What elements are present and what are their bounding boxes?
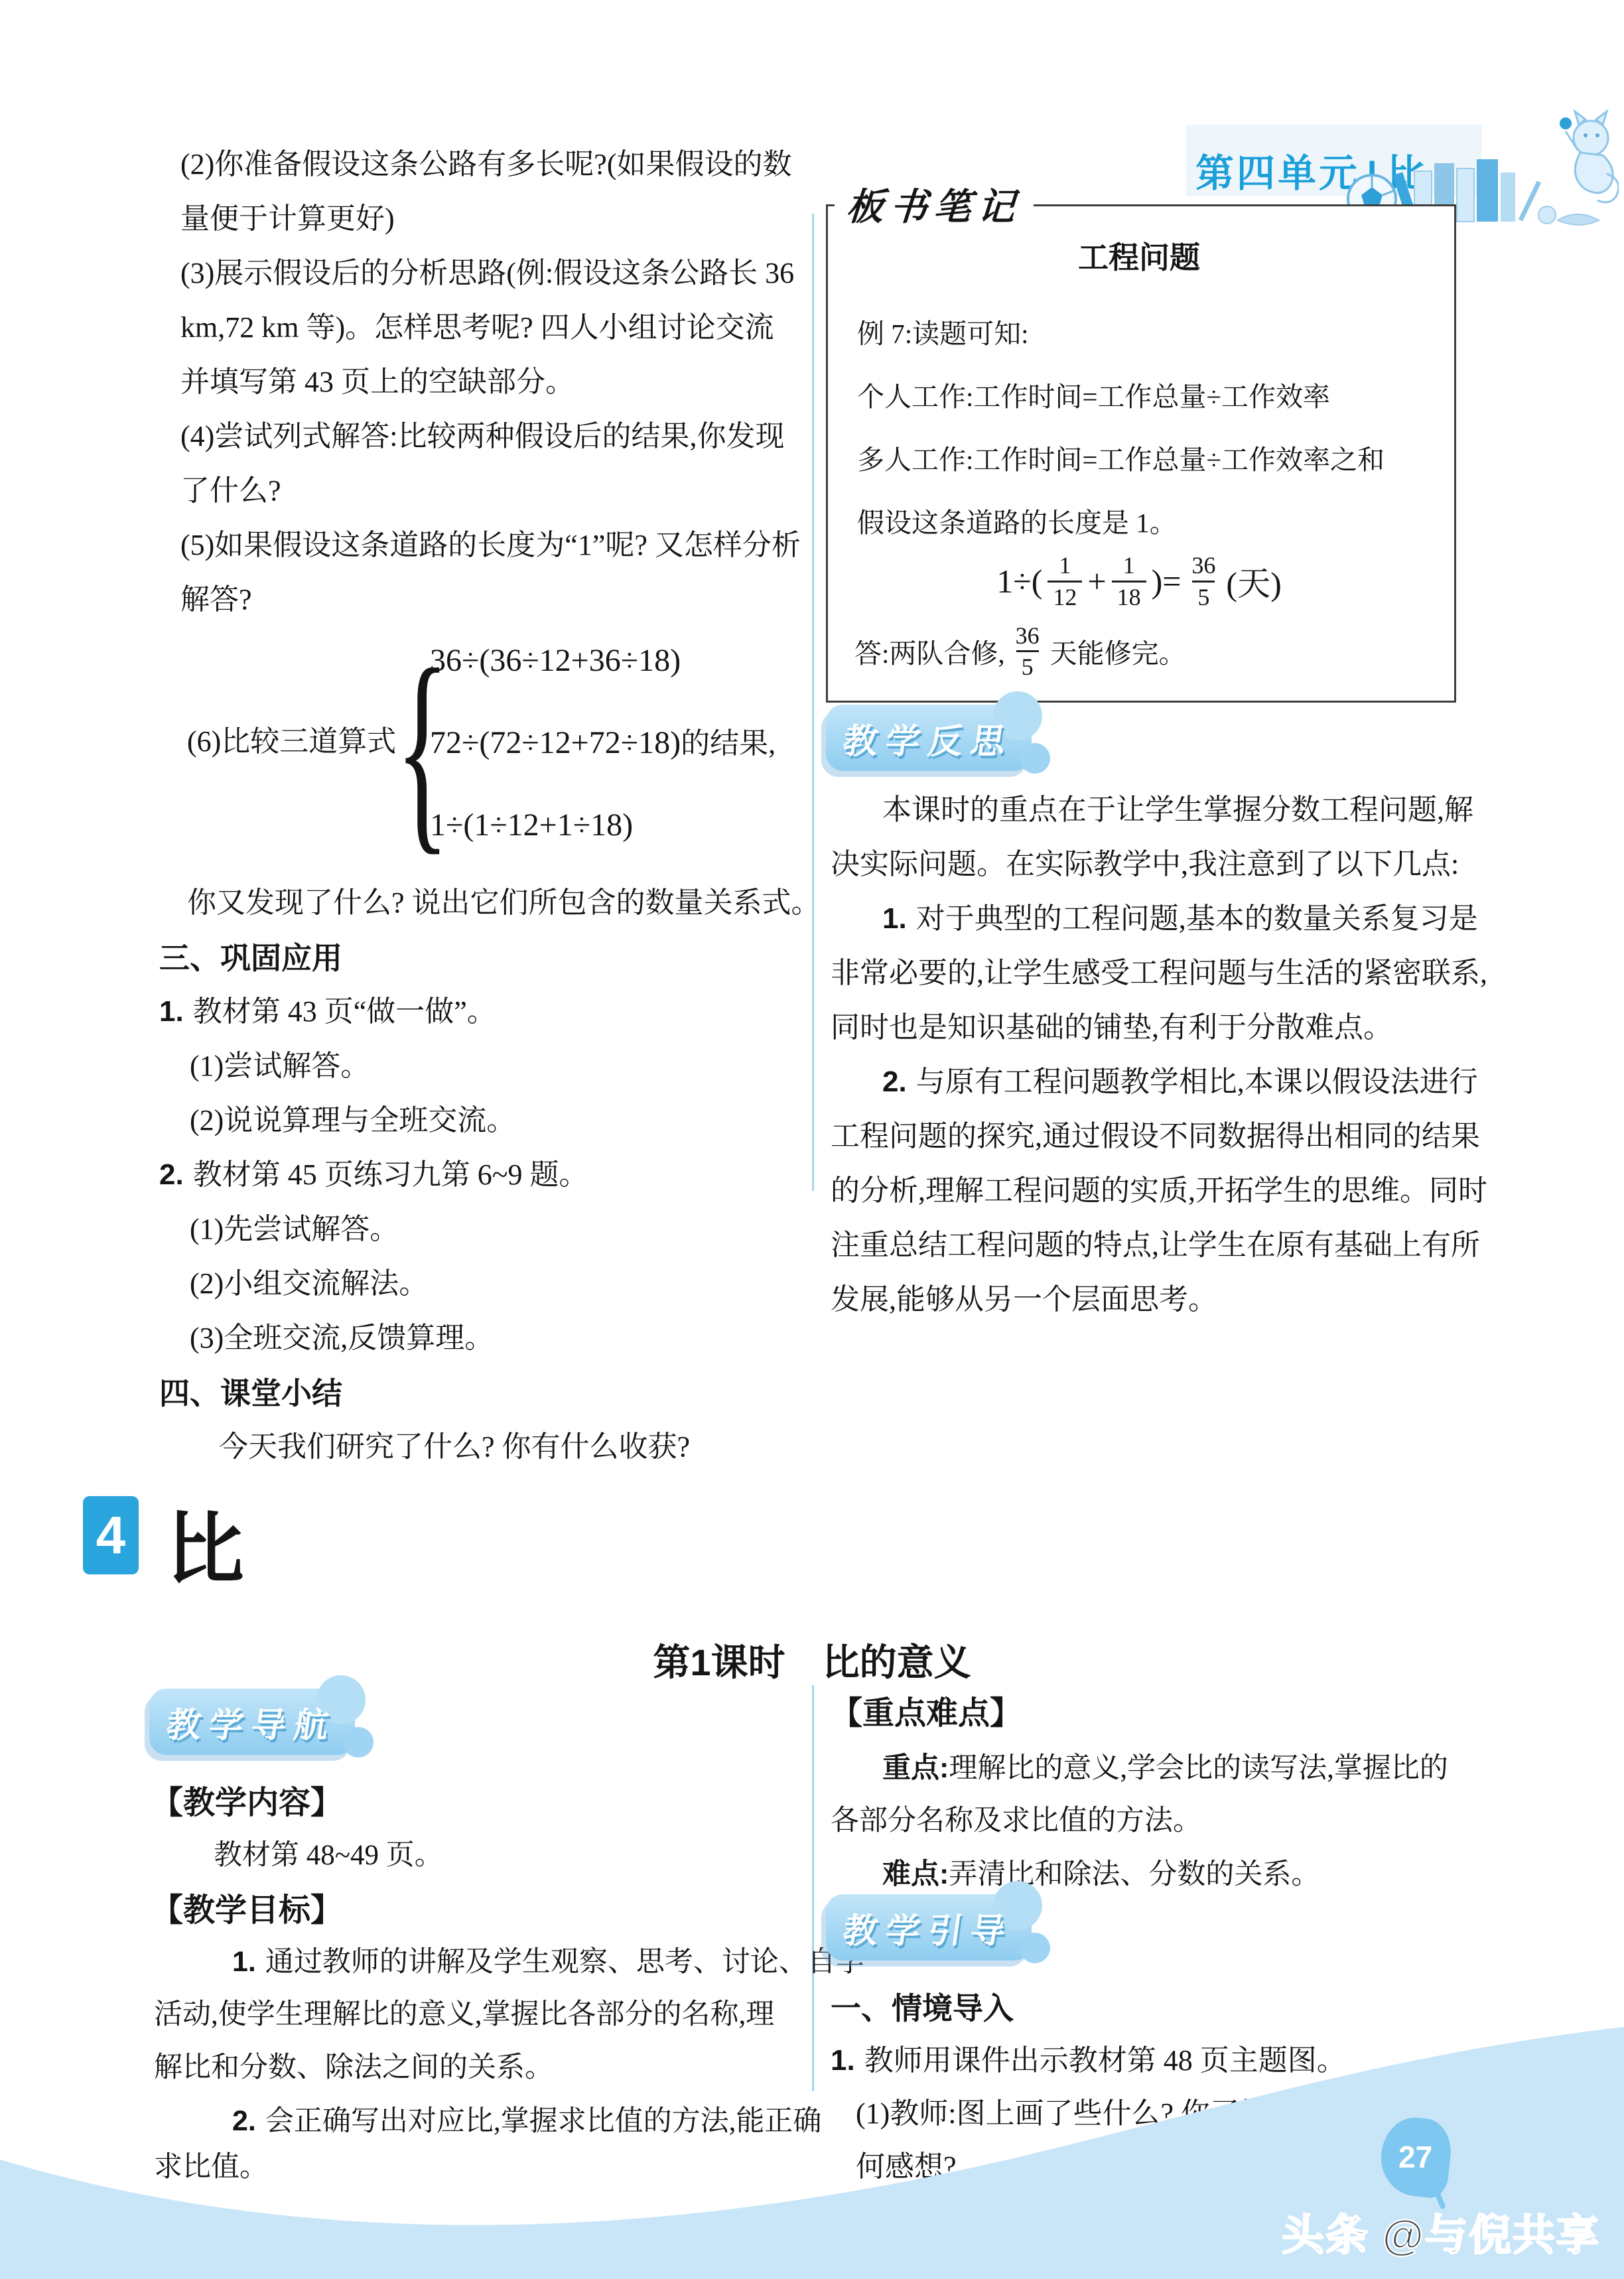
item6-expr: 36÷(36÷12+36÷18) [430, 642, 681, 680]
summary-line: 今天我们研究了什么? 你有什么收获? [219, 1430, 690, 1464]
fraction: 118 [1112, 552, 1146, 610]
item6-expr: 72÷(72÷12+72÷18)的结果, [430, 725, 776, 762]
fraction-denominator: 18 [1112, 581, 1146, 610]
reflection-line: 注重总结工程问题的特点,让学生在原有基础上有所 [831, 1228, 1480, 1263]
page-number: 27 [1398, 2139, 1432, 2175]
board-answer: 答:两队合修, 365 天能修完。 [854, 622, 1186, 681]
fraction: 365 [1186, 552, 1221, 610]
list-item: 1.教材第 43 页“做一做”。 [159, 995, 496, 1029]
fraction-denominator: 5 [1016, 650, 1039, 680]
formula-op: + [1087, 562, 1106, 600]
fraction: 365 [1010, 622, 1045, 681]
item-text: 教材第 43 页“做一做”。 [193, 995, 496, 1028]
reflection-line: 工程问题的探究,通过假设不同数据得出相同的结果 [831, 1119, 1480, 1154]
item-number: 1. [159, 995, 184, 1028]
fraction: 112 [1048, 552, 1082, 610]
item-number: 2. [159, 1158, 184, 1191]
answer-text: 答:两队合修, [854, 632, 1005, 671]
para-line: 解答? [180, 583, 252, 617]
board-line: 例 7:读题可知: [857, 312, 1029, 351]
board-title: 工程问题 [826, 234, 1452, 277]
answer-text: 天能修完。 [1050, 632, 1186, 671]
heading-keypoints: 【重点难点】 [831, 1695, 1022, 1733]
heading-content: 【教学内容】 [151, 1785, 342, 1823]
reflection-line: 2.与原有工程问题教学相比,本课以假设法进行 [882, 1065, 1478, 1099]
difficulty-label: 难点: [882, 1858, 949, 1890]
para-line: 量便于计算更好) [180, 202, 395, 236]
reflection-text: 与原有工程问题教学相比,本课以假设法进行 [916, 1066, 1478, 1098]
heading-summary: 四、课堂小结 [159, 1375, 342, 1411]
fraction-numerator: 36 [1186, 552, 1221, 580]
board-line: 假设这条道路的长度是 1。 [857, 501, 1177, 540]
reflection-line: 发展,能够从另一个层面思考。 [831, 1282, 1217, 1317]
fraction-numerator: 1 [1053, 552, 1076, 580]
board-line: 个人工作:工作时间=工作总量÷工作效率 [857, 375, 1330, 414]
sub-item: (1)尝试解答。 [190, 1049, 370, 1083]
fraction-denominator: 5 [1192, 581, 1215, 610]
board-line: 多人工作:工作时间=工作总量÷工作效率之和 [857, 438, 1385, 477]
sub-item: (2)小组交流解法。 [190, 1267, 428, 1301]
blackboard-label: 板书笔记 [833, 178, 1036, 231]
lesson-title: 第1课时 比的意义 [0, 1633, 1624, 1687]
badge-label: 教学导航 [145, 1689, 360, 1755]
reflection-line: 非常必要的,让学生感受工程问题与生活的紧密联系, [831, 956, 1487, 991]
pencil-icon [1521, 182, 1539, 220]
formula-op: 1÷( [996, 562, 1042, 600]
item6-suffix: 的结果, [681, 727, 776, 760]
focus-text: 理解比的意义,学会比的读写法,掌握比的 [949, 1753, 1448, 1784]
mascot-icon [1560, 111, 1619, 202]
fraction-numerator: 1 [1118, 552, 1140, 580]
document-page: 第四单元|比 (2)你准备假设这条公 [0, 0, 1624, 2279]
guide-badge: 教学引导 [826, 1894, 1032, 1961]
heading-consolidate: 三、巩固应用 [159, 940, 342, 976]
goal-text: 通过教师的讲解及学生观察、思考、讨论、自学 [265, 1947, 864, 1978]
heading-goal: 【教学目标】 [151, 1892, 342, 1930]
item-text: 教材第 45 页练习九第 6~9 题。 [193, 1158, 588, 1191]
item6-label: (6)比较三道算式 [187, 725, 396, 759]
goal-line: 1.通过教师的讲解及学生观察、思考、讨论、自学 [232, 1945, 864, 1980]
item6-expr-text: 72÷(72÷12+72÷18) [430, 725, 681, 760]
keypoint-line: 重点:理解比的意义,学会比的读写法,掌握比的 [882, 1752, 1448, 1786]
focus-label: 重点: [882, 1752, 949, 1784]
watermark: 头条 @与倪共享 [1282, 2201, 1600, 2262]
open-book-icon [1558, 214, 1599, 225]
para-line: (2)你准备假设这条公路有多长呢?(如果假设的数 [180, 147, 792, 182]
sub-item: (1)先尝试解答。 [190, 1212, 399, 1247]
reflection-line: 的分析,理解工程问题的实质,开拓学生的思维。同时 [831, 1174, 1487, 1208]
reflection-text: 对于典型的工程问题,基本的数量关系复习是 [916, 902, 1478, 935]
formula-op: )= [1152, 562, 1182, 600]
keypoint-line: 各部分名称及求比值的方法。 [831, 1805, 1201, 1838]
board-formula: 1÷( 112 + 118 )= 365 (天) [826, 543, 1452, 620]
fraction-numerator: 36 [1010, 622, 1045, 650]
para-line: 并填写第 43 页上的空缺部分。 [180, 365, 575, 399]
sub-item: (2)说说算理与全班交流。 [190, 1103, 515, 1138]
fraction-denominator: 12 [1048, 581, 1082, 610]
para-line: km,72 km 等)。怎样思考呢? 四人小组讨论交流 [180, 311, 774, 345]
reflection-line: 本课时的重点在于让学生掌握分数工程问题,解 [882, 793, 1473, 827]
list-item: 2.教材第 45 页练习九第 6~9 题。 [159, 1158, 588, 1192]
keypoint-line: 难点:弄清比和除法、分数的关系。 [882, 1858, 1319, 1892]
unit-number-box: 4 [83, 1496, 139, 1574]
badge-label: 教学引导 [821, 1894, 1036, 1961]
para-line: 你又发现了什么? 说出它们所包含的数量关系式。 [187, 886, 821, 920]
reflection-line: 决实际问题。在实际教学中,我注意到了以下几点: [831, 847, 1459, 882]
reflection-line: 1.对于典型的工程问题,基本的数量关系复习是 [882, 902, 1478, 936]
sub-item: (3)全班交流,反馈算理。 [190, 1321, 494, 1355]
column-divider-top [812, 214, 814, 1191]
para-line: (3)展示假设后的分析思路(例:假设这条公路长 36 [180, 256, 794, 291]
formula-op: (天) [1226, 557, 1281, 605]
item-number: 2. [882, 1066, 907, 1098]
unit-label: 第四单元 [1195, 152, 1360, 195]
para-line: (5)如果假设这条道路的长度为“1”呢? 又怎样分析 [180, 528, 801, 563]
badge-label: 教学反思 [821, 705, 1036, 771]
para-line: (4)尝试列式解答:比较两种假设后的结果,你发现 [180, 419, 785, 454]
item-number: 1. [232, 1946, 256, 1978]
content-line: 教材第 48~49 页。 [214, 1839, 443, 1873]
reflection-line: 同时也是知识基础的铺垫,有利于分散难点。 [831, 1010, 1392, 1045]
item6-expr: 1÷(1÷12+1÷18) [430, 807, 633, 845]
unit-title-large: 比 [166, 1486, 244, 1599]
nav-badge: 教学导航 [149, 1689, 355, 1755]
apple-icon [1538, 206, 1556, 224]
item-number: 1. [882, 902, 907, 935]
reflection-badge: 教学反思 [826, 705, 1032, 771]
para-line: 了什么? [180, 474, 281, 508]
